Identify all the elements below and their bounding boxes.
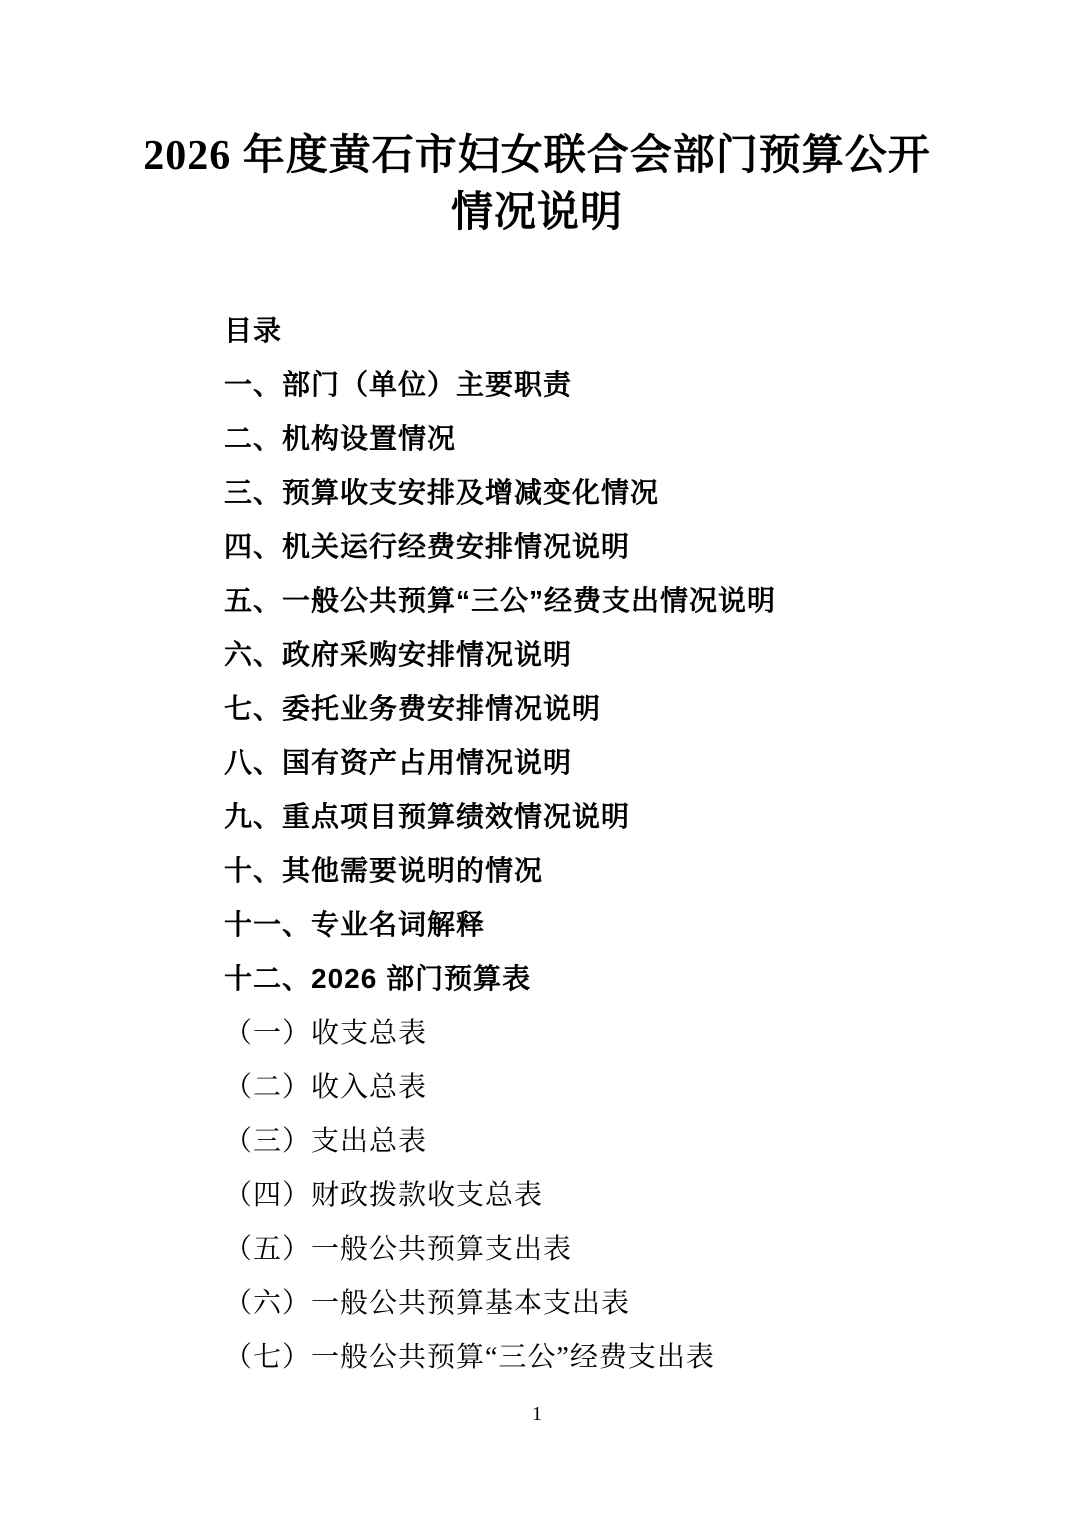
page-number: 1 xyxy=(0,1403,1074,1426)
toc-item-1: 一、部门（单位）主要职责 xyxy=(224,356,974,410)
document-title-line1: 2026 年度黄石市妇女联合会部门预算公开 xyxy=(70,128,1004,185)
toc-heading: 目录 xyxy=(224,302,974,356)
toc-item-10: 十、其他需要说明的情况 xyxy=(224,842,974,896)
table-of-contents: 目录 一、部门（单位）主要职责 二、机构设置情况 三、预算收支安排及增减变化情况… xyxy=(0,302,1074,1382)
toc-subitem-1: （一）收支总表 xyxy=(224,1004,974,1058)
toc-subitem-7: （七）一般公共预算“三公”经费支出表 xyxy=(224,1328,974,1382)
toc-item-12: 十二、2026 部门预算表 xyxy=(224,950,974,1004)
toc-item-5: 五、一般公共预算“三公”经费支出情况说明 xyxy=(224,572,974,626)
toc-item-7: 七、委托业务费安排情况说明 xyxy=(224,680,974,734)
toc-item-9: 九、重点项目预算绩效情况说明 xyxy=(224,788,974,842)
toc-item-2: 二、机构设置情况 xyxy=(224,410,974,464)
document-title: 2026 年度黄石市妇女联合会部门预算公开 情况说明 xyxy=(70,128,1004,242)
toc-subitem-2: （二）收入总表 xyxy=(224,1058,974,1112)
toc-item-3: 三、预算收支安排及增减变化情况 xyxy=(224,464,974,518)
toc-subitem-6: （六）一般公共预算基本支出表 xyxy=(224,1274,974,1328)
document-title-line2: 情况说明 xyxy=(70,185,1004,242)
toc-subitem-5: （五）一般公共预算支出表 xyxy=(224,1220,974,1274)
toc-item-11: 十一、专业名词解释 xyxy=(224,896,974,950)
toc-subitem-3: （三）支出总表 xyxy=(224,1112,974,1166)
toc-subitem-4: （四）财政拨款收支总表 xyxy=(224,1166,974,1220)
toc-item-4: 四、机关运行经费安排情况说明 xyxy=(224,518,974,572)
toc-item-8: 八、国有资产占用情况说明 xyxy=(224,734,974,788)
toc-item-6: 六、政府采购安排情况说明 xyxy=(224,626,974,680)
